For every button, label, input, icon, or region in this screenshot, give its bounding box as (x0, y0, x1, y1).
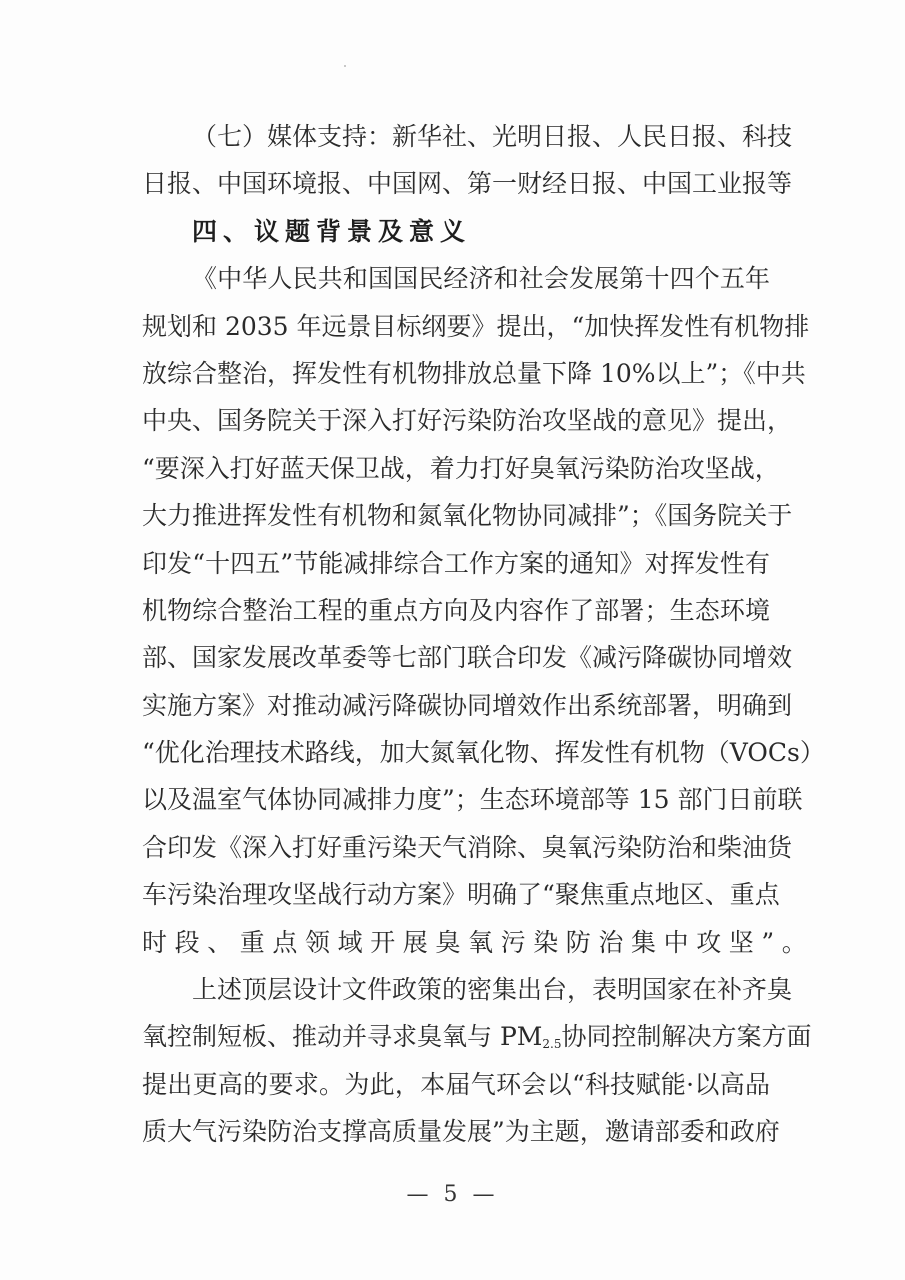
paragraph-line: 实施方案》对推动减污降碳协同增效作出系统部署，明确到 (142, 682, 770, 729)
paragraph-line: “要深入打好蓝天保卫战，着力打好臭氧污染防治攻坚战， (142, 445, 770, 492)
paragraph-line: 合印发《深入打好重污染天气消除、臭氧污染防治和柴油货 (142, 824, 770, 871)
paragraph-line: “优化治理技术路线，加大氮氧化物、挥发性有机物（VOCs） (142, 729, 770, 776)
paragraph-line: 规划和 2035 年远景目标纲要》提出，“加快挥发性有机物排 (142, 303, 770, 350)
paragraph-line: 以及温室气体协同减排力度”；生态环境部等 15 部门日前联 (142, 776, 770, 823)
text-segment: 协同控制解决方案方面 (561, 1022, 811, 1051)
paragraph-line: 大力推进挥发性有机物和氮氧化物协同减排”；《国务院关于 (142, 492, 770, 539)
section-heading: 四、议题背景及意义 (142, 208, 770, 255)
document-body: （七）媒体支持：新华社、光明日报、人民日报、科技 日报、中国环境报、中国网、第一… (142, 113, 770, 1156)
paragraph-line: 车污染治理攻坚战行动方案》明确了“聚焦重点地区、重点 (142, 871, 770, 918)
paragraph-line: 中央、国务院关于深入打好污染防治攻坚战的意见》提出， (142, 397, 770, 444)
paragraph-line: 上述顶层设计文件政策的密集出台，表明国家在补齐臭 (142, 966, 770, 1013)
media-support-line-1: （七）媒体支持：新华社、光明日报、人民日报、科技 (142, 113, 770, 160)
scan-artifact (344, 65, 346, 67)
paragraph-line-pm25: 氧控制短板、推动并寻求臭氧与 PM2.5协同控制解决方案方面 (142, 1013, 770, 1060)
pm-subscript: 2.5 (542, 1037, 561, 1051)
paragraph-line: 提出更高的要求。为此，本届气环会以“科技赋能·以高品 (142, 1061, 770, 1108)
paragraph-line: 机物综合整治工程的重点方向及内容作了部署；生态环境 (142, 587, 770, 634)
paragraph-line: 质大气污染防治支撑高质量发展”为主题，邀请部委和政府 (142, 1108, 770, 1155)
paragraph-line: 印发“十四五”节能减排综合工作方案的通知》对挥发性有 (142, 540, 770, 587)
paragraph-line: 《中华人民共和国国民经济和社会发展第十四个五年 (142, 255, 770, 302)
text-segment: 氧控制短板、推动并寻求臭氧与 PM (142, 1022, 542, 1051)
document-page: （七）媒体支持：新华社、光明日报、人民日报、科技 日报、中国环境报、中国网、第一… (0, 0, 905, 1280)
page-number: — 5 — (0, 1182, 905, 1207)
paragraph-line: 时段、重点领域开展臭氧污染防治集中攻坚”。 (142, 919, 770, 966)
paragraph-line: 放综合整治，挥发性有机物排放总量下降 10%以上”；《中共 (142, 350, 770, 397)
paragraph-line: 部、国家发展改革委等七部门联合印发《减污降碳协同增效 (142, 634, 770, 681)
media-support-line-2: 日报、中国环境报、中国网、第一财经日报、中国工业报等 (142, 160, 770, 207)
